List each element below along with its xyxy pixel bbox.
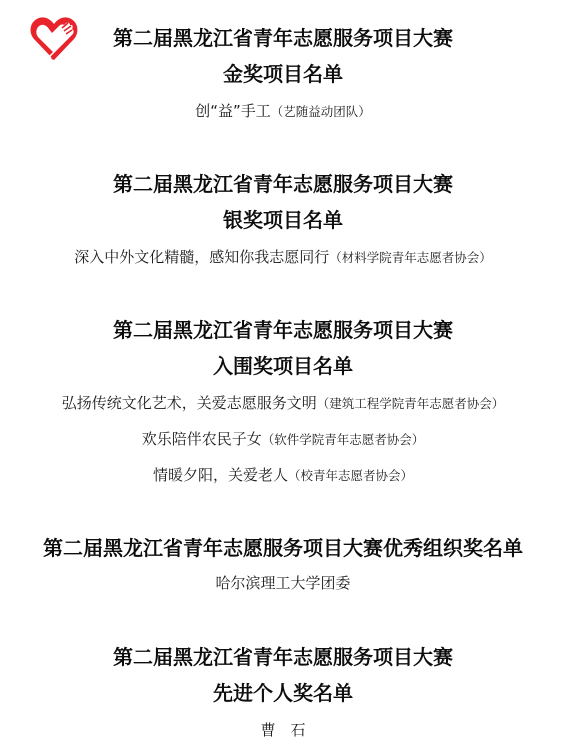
organization-name: （软件学院青年志愿者协会） <box>262 432 425 447</box>
section-finalist-title: 第二届黑龙江省青年志愿服务项目大赛 <box>0 317 566 343</box>
section-gold-title: 第二届黑龙江省青年志愿服务项目大赛 <box>0 25 566 51</box>
finalist-item: 欢乐陪伴农民子女（软件学院青年志愿者协会） <box>0 429 566 449</box>
person-name: 曹 石 <box>260 721 305 739</box>
project-name: 创“益”手工 <box>195 102 271 120</box>
project-name: 欢乐陪伴农民子女 <box>142 430 262 448</box>
section-silver-title: 第二届黑龙江省青年志愿服务项目大赛 <box>0 171 566 197</box>
project-name: 情暖夕阳，关爱老人 <box>153 466 288 484</box>
organization-name: （艺随益动团队） <box>271 104 371 119</box>
section-individual-title: 第二届黑龙江省青年志愿服务项目大赛 <box>0 644 566 670</box>
organization-name: （校青年志愿者协会） <box>288 468 413 483</box>
project-name: 弘扬传统文化艺术，关爱志愿服务文明 <box>62 394 317 412</box>
project-name: 深入中外文化精髓，感知你我志愿同行 <box>74 248 329 266</box>
section-finalist-subtitle: 入围奖项目名单 <box>0 353 566 379</box>
gold-item: 创“益”手工（艺随益动团队） <box>0 101 566 121</box>
finalist-item: 弘扬传统文化艺术，关爱志愿服务文明（建筑工程学院青年志愿者协会） <box>0 393 566 413</box>
silver-item: 深入中外文化精髓，感知你我志愿同行（材料学院青年志愿者协会） <box>0 247 566 267</box>
section-organization-title: 第二届黑龙江省青年志愿服务项目大赛优秀组织奖名单 <box>0 535 566 561</box>
finalist-item: 情暖夕阳，关爱老人（校青年志愿者协会） <box>0 465 566 485</box>
individual-item: 曹 石 <box>0 720 566 740</box>
section-individual-subtitle: 先进个人奖名单 <box>0 680 566 706</box>
section-gold-subtitle: 金奖项目名单 <box>0 61 566 87</box>
section-silver-subtitle: 银奖项目名单 <box>0 207 566 233</box>
organization-name: 哈尔滨理工大学团委 <box>215 574 350 592</box>
organization-item: 哈尔滨理工大学团委 <box>0 573 566 593</box>
organization-name: （材料学院青年志愿者协会） <box>329 250 492 265</box>
organization-name: （建筑工程学院青年志愿者协会） <box>317 396 505 411</box>
